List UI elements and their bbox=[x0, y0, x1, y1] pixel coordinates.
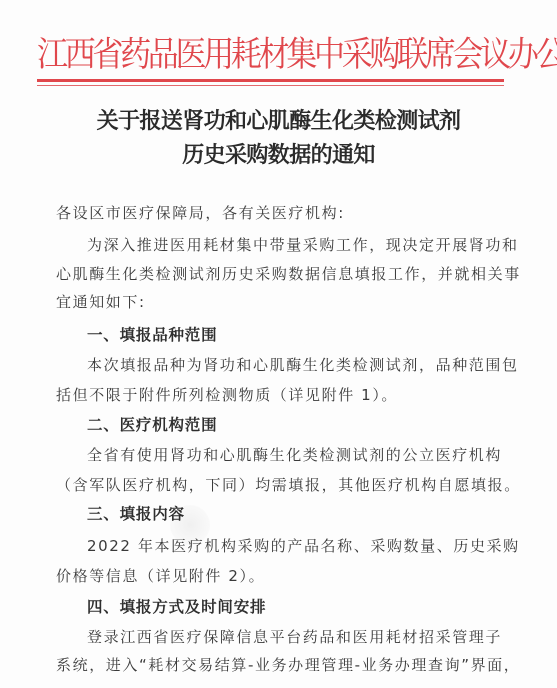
section-4-line-2: 系统，进入“耗材交易结算-业务办理管理-业务办理查询”界面， bbox=[56, 654, 506, 676]
intro-line-1: 为深入推进医用耗材集中带量采购工作，现决定开展肾功和 bbox=[87, 234, 537, 256]
section-1-heading: 一、填报品种范围 bbox=[87, 324, 537, 346]
intro-line-3: 宜通知如下: bbox=[56, 291, 506, 313]
section-4-heading: 四、填报方式及时间安排 bbox=[87, 596, 537, 618]
document-page: 江西省药品医用耗材集中采购联席会议办公室 关于报送肾功和心肌酶生化类检测试剂 历… bbox=[0, 0, 557, 688]
header-rule-thick bbox=[37, 79, 504, 82]
section-2-heading: 二、医疗机构范围 bbox=[87, 414, 537, 436]
organization-header: 江西省药品医用耗材集中采购联席会议办公室 bbox=[37, 30, 504, 79]
section-4-line-1: 登录江西省医疗保障信息平台药品和医用耗材招采管理子 bbox=[87, 626, 537, 648]
section-2-line-2: （含军队医疗机构，下同）均需填报，其他医疗机构自愿填报。 bbox=[56, 474, 506, 496]
section-1-line-1: 本次填报品种为肾功和心肌酶生化类检测试剂，品种范围包 bbox=[87, 354, 537, 376]
section-2-line-1: 全省有使用肾功和心肌酶生化类检测试剂的公立医疗机构 bbox=[87, 444, 537, 466]
document-title-line-2: 历史采购数据的通知 bbox=[0, 138, 557, 169]
section-3-heading: 三、填报内容 bbox=[87, 503, 537, 525]
intro-line-2: 心肌酶生化类检测试剂历史采购数据信息填报工作，并就相关事 bbox=[56, 263, 506, 285]
section-1-line-2: 括但不限于附件所列检测物质（详见附件 1）。 bbox=[56, 384, 506, 406]
salutation: 各设区市医疗保障局，各有关医疗机构: bbox=[56, 202, 506, 224]
document-title-line-1: 关于报送肾功和心肌酶生化类检测试剂 bbox=[0, 104, 557, 135]
header-rule-thin bbox=[37, 85, 504, 86]
section-3-line-2: 价格等信息（详见附件 2）。 bbox=[56, 565, 506, 587]
section-3-line-1: 2022 年本医疗机构采购的产品名称、采购数量、历史采购 bbox=[87, 535, 537, 557]
